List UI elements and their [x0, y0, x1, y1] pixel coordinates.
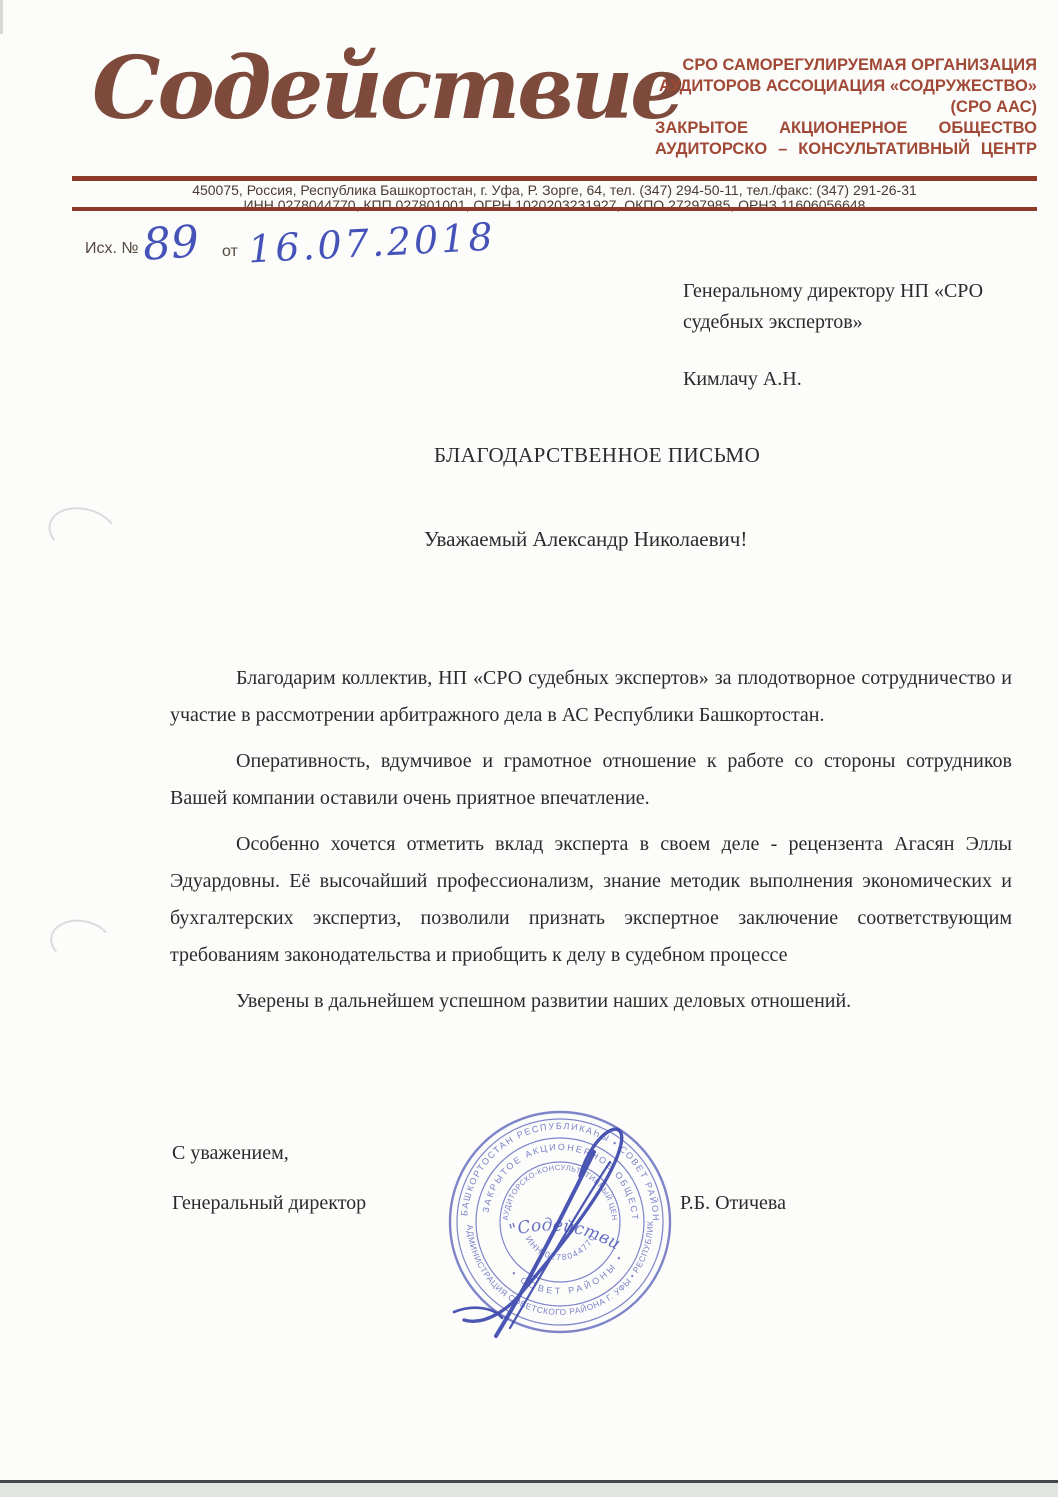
company-logo: Содействие	[92, 46, 682, 132]
recipient-line-1: Генеральному директору НП «СРО	[683, 276, 1043, 307]
letterhead-rule-bottom	[72, 207, 1037, 211]
letterhead-rule-top	[72, 176, 1037, 181]
letter-title: БЛАГОДАРСТВЕННОЕ ПИСЬМО	[434, 443, 760, 468]
ref-number-label: Исх. №	[85, 240, 139, 258]
paragraph-3: Особенно хочется отметить вклад эксперта…	[170, 826, 1012, 974]
stamp-ring-middle-top: ЗАКРЫТОЕ АКЦИОНЕРНОЕ ОБЩЕСТВО	[398, 1100, 640, 1222]
ref-date-handwritten: 16.07.2018	[247, 218, 496, 269]
scan-artifact-arc	[47, 915, 116, 969]
address-line-1: 450075, Россия, Республика Башкортостан,…	[72, 183, 1037, 198]
recipient-block: Генеральному директору НП «СРО судебных …	[683, 276, 1043, 395]
ref-date-label: от	[222, 243, 238, 261]
recipient-line-2: судебных экспертов»	[683, 307, 1043, 338]
scan-artifact-arc	[43, 500, 123, 564]
letter-page: Содействие СРО САМОРЕГУЛИРУЕМАЯ ОРГАНИЗА…	[0, 0, 1058, 1497]
closing-position: Генеральный директор	[172, 1192, 366, 1215]
org-line-3: (СРО ААС)	[655, 97, 1037, 118]
stamp-ring-outer-top: БАШКОРТОСТАН РЕСПУБЛИКАҺЫ • СОВЕТ РАЙОНЫ…	[398, 1100, 661, 1222]
paragraph-4: Уверены в дальнейшем успешном развитии н…	[170, 983, 1012, 1020]
recipient-name: Кимлачу А.Н.	[683, 364, 1043, 395]
paragraph-1: Благодарим коллектив, НП «СРО судебных э…	[170, 660, 1012, 734]
closing-regards: С уважением,	[172, 1142, 289, 1165]
letter-body: Благодарим коллектив, НП «СРО судебных э…	[170, 660, 1012, 1029]
svg-text:БАШКОРТОСТАН РЕСПУБЛИКАҺЫ • СО: БАШКОРТОСТАН РЕСПУБЛИКАҺЫ • СОВЕТ РАЙОНЫ…	[398, 1100, 661, 1222]
org-line-1: СРО САМОРЕГУЛИРУЕМАЯ ОРГАНИЗАЦИЯ	[655, 55, 1037, 76]
svg-text:ЗАКРЫТОЕ АКЦИОНЕРНОЕ ОБЩЕСТВО: ЗАКРЫТОЕ АКЦИОНЕРНОЕ ОБЩЕСТВО	[398, 1100, 640, 1222]
org-line-2: АУДИТОРОВ АССОЦИАЦИЯ «СОДРУЖЕСТВО»	[655, 76, 1037, 97]
org-line-5: АУДИТОРСКО – КОНСУЛЬТАТИВНЫЙ ЦЕНТР	[655, 139, 1037, 160]
stamp-seal-graphic: БАШКОРТОСТАН РЕСПУБЛИКАҺЫ • СОВЕТ РАЙОНЫ…	[398, 1100, 722, 1344]
org-line-4: ЗАКРЫТОЕ АКЦИОНЕРНОЕ ОБЩЕСТВО	[655, 118, 1037, 139]
paragraph-2: Оперативность, вдумчивое и грамотное отн…	[170, 743, 1012, 817]
org-name-block: СРО САМОРЕГУЛИРУЕМАЯ ОРГАНИЗАЦИЯ АУДИТОР…	[655, 55, 1037, 160]
scan-edge-artifact	[0, 0, 3, 34]
salutation: Уважаемый Александр Николаевич!	[424, 527, 747, 552]
ref-number-handwritten: 89	[142, 220, 201, 268]
company-stamp: БАШКОРТОСТАН РЕСПУБЛИКАҺЫ • СОВЕТ РАЙОНЫ…	[398, 1100, 722, 1344]
scan-bottom-edge-shadow	[0, 1483, 1058, 1497]
